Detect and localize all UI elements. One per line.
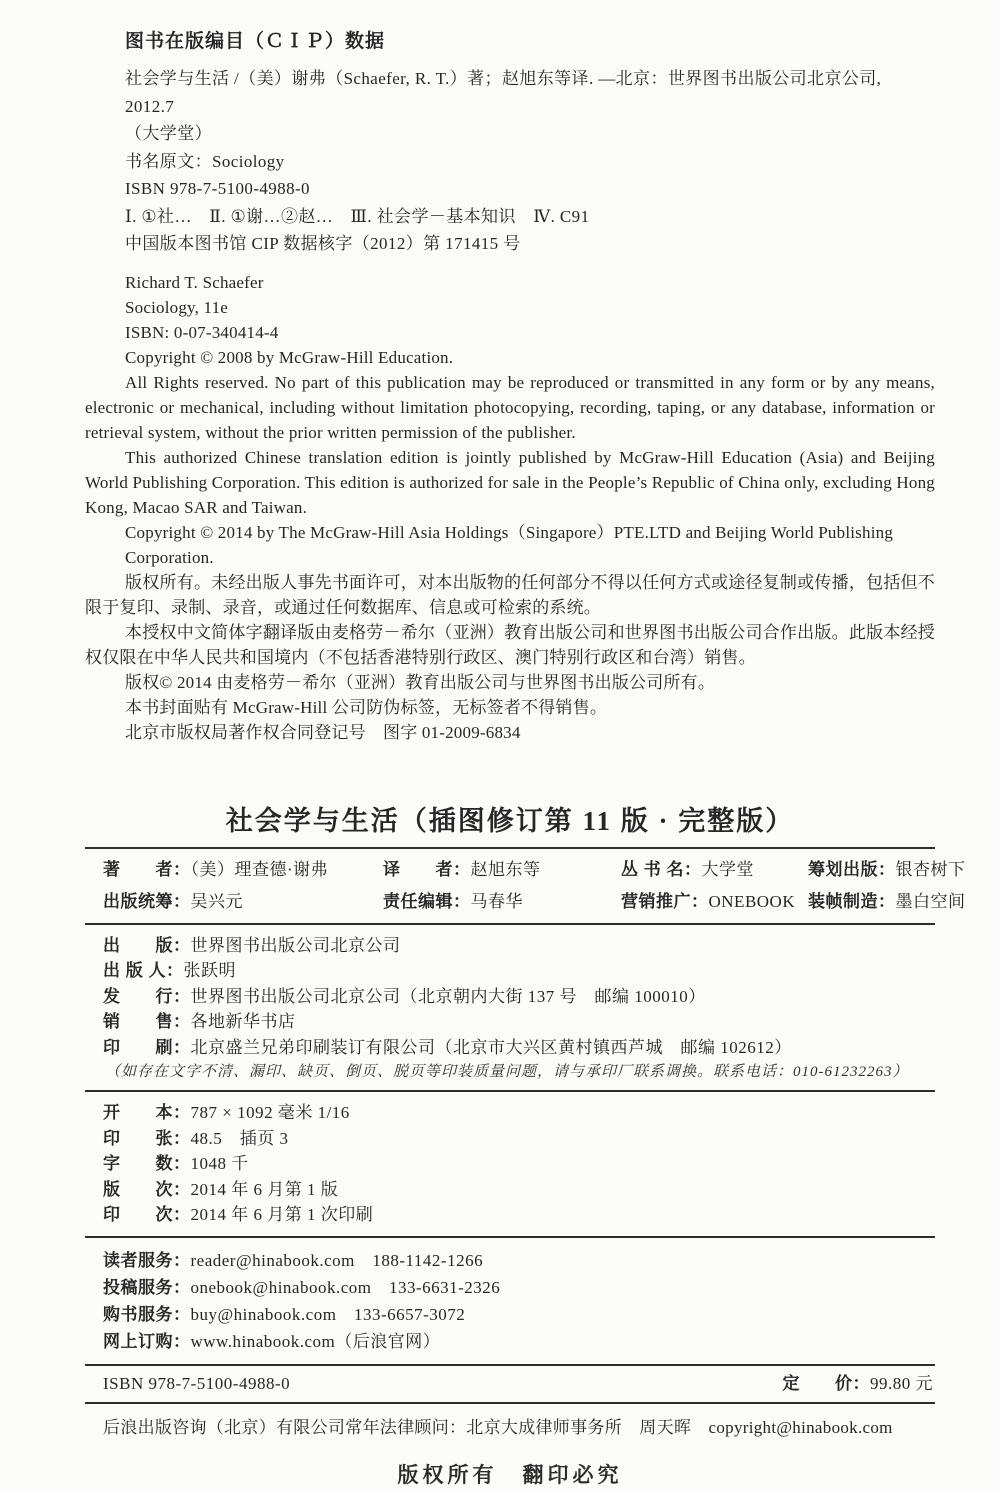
- cip-section: 图书在版编目（ＣＩＰ）数据 社会学与生活 /（美）谢弗（Schaefer, R.…: [125, 26, 935, 258]
- sales-row: 销 售：各地新华书店: [103, 1009, 935, 1035]
- cip-header: 图书在版编目（ＣＩＰ）数据: [125, 26, 935, 53]
- credit-planning: 筹划出版：银杏树下: [808, 856, 953, 884]
- online-order-label: 网上订购：: [103, 1332, 191, 1351]
- distribution-label: 发 行：: [103, 987, 191, 1006]
- printing-row: 印 刷：北京盛兰兄弟印刷装订有限公司（北京市大兴区黄村镇西芦城 邮编 10261…: [103, 1035, 935, 1061]
- cn-rights-paragraph: 版权所有。未经出版人事先书面许可，对本出版物的任何部分不得以任何方式或途径复制或…: [85, 570, 935, 620]
- credit-value: ONEBOOK: [709, 892, 796, 911]
- original-isbn-line: ISBN: 0-07-340414-4: [85, 320, 935, 345]
- publisher-person-label: 出 版 人：: [103, 961, 183, 980]
- divider: [85, 1402, 935, 1404]
- reader-service-label: 读者服务：: [103, 1251, 191, 1270]
- credit-author: 著 者：（美）理查德·谢弗: [103, 856, 383, 884]
- credit-label: 营销推广：: [621, 892, 709, 911]
- cip-line-bibliographic: 社会学与生活 /（美）谢弗（Schaefer, R. T.）著；赵旭东等译. —…: [125, 65, 935, 120]
- services-section: 读者服务：reader@hinabook.com 188-1142-1266 投…: [85, 1238, 935, 1364]
- isbn-text: ISBN 978-7-5100-4988-0: [103, 1372, 290, 1396]
- credit-design: 装帧制造：墨白空间: [808, 888, 953, 916]
- credit-value: 吴兴元: [191, 892, 244, 911]
- cip-line-series: （大学堂）: [125, 120, 935, 148]
- submission-service-label: 投稿服务：: [103, 1278, 191, 1297]
- publisher-person-value: 张跃明: [183, 961, 236, 980]
- price-label: 定 价：: [783, 1374, 871, 1393]
- credit-label: 著 者：: [103, 860, 191, 879]
- cn-copyright-line: 版权© 2014 由麦格劳－希尔（亚洲）教育出版公司与世界图书出版公司所有。: [85, 670, 935, 695]
- purchase-service-label: 购书服务：: [103, 1305, 191, 1324]
- cip-line-original-title: 书名原文：Sociology: [125, 148, 935, 176]
- spec-section: 开 本：787 × 1092 毫米 1/16 印 张：48.5 插页 3 字 数…: [85, 1092, 935, 1236]
- word-count-label: 字 数：: [103, 1154, 191, 1173]
- credit-label: 译 者：: [383, 860, 471, 879]
- cn-authorized-paragraph: 本授权中文简体字翻译版由麦格劳－希尔（亚洲）教育出版公司和世界图书出版公司合作出…: [85, 620, 935, 670]
- original-author-line: Richard T. Schaefer: [85, 270, 935, 295]
- publishing-section: 出 版：世界图书出版公司北京公司 出 版 人：张跃明 发 行：世界图书出版公司北…: [85, 925, 935, 1091]
- credit-translator: 译 者：赵旭东等: [383, 856, 621, 884]
- credit-value: （美）理查德·谢弗: [191, 860, 329, 879]
- format-row: 开 本：787 × 1092 毫米 1/16: [103, 1100, 935, 1126]
- format-label: 开 本：: [103, 1103, 191, 1122]
- edition-value: 2014 年 6 月第 1 版: [191, 1180, 339, 1199]
- book-title: 社会学与生活（插图修订第 11 版 · 完整版）: [85, 799, 935, 838]
- print-quality-note: （如存在文字不清、漏印、缺页、倒页、脱页等印装质量问题，请与承印厂联系调换。联系…: [103, 1060, 935, 1084]
- purchase-service-value: buy@hinabook.com 133-6657-3072: [191, 1305, 466, 1324]
- online-order-value: www.hinabook.com（后浪官网）: [191, 1332, 441, 1351]
- anti-piracy-notice: 版权所有 翻印必究: [85, 1459, 935, 1489]
- isbn-price-section: ISBN 978-7-5100-4988-0 定 价：99.80 元: [85, 1366, 935, 1402]
- distribution-value: 世界图书出版公司北京公司（北京朝内大街 137 号 邮编 100010）: [191, 987, 706, 1006]
- printing-value: 北京盛兰兄弟印刷装订有限公司（北京市大兴区黄村镇西芦城 邮编 102612）: [191, 1038, 792, 1057]
- reader-service-value: reader@hinabook.com 188-1142-1266: [191, 1251, 484, 1270]
- anti-counterfeit-line: 本书封面贴有 McGraw-Hill 公司防伪标签，无标签者不得销售。: [85, 695, 935, 720]
- publisher-row: 出 版：世界图书出版公司北京公司: [103, 933, 935, 959]
- credit-label: 筹划出版：: [808, 860, 896, 879]
- sheets-value: 48.5 插页 3: [191, 1129, 289, 1148]
- sales-label: 销 售：: [103, 1012, 191, 1031]
- publisher-label: 出 版：: [103, 936, 191, 955]
- copyright-2008-line: Copyright © 2008 by McGraw-Hill Educatio…: [85, 345, 935, 370]
- contract-registration-line: 北京市版权局著作权合同登记号 图字 01-2009-6834: [85, 720, 935, 745]
- impression-label: 印 次：: [103, 1205, 191, 1224]
- sales-value: 各地新华书店: [191, 1012, 296, 1031]
- impression-row: 印 次：2014 年 6 月第 1 次印刷: [103, 1202, 935, 1228]
- cip-line-isbn: ISBN 978-7-5100-4988-0: [125, 175, 935, 203]
- format-value: 787 × 1092 毫米 1/16: [191, 1103, 350, 1122]
- credit-editor: 责任编辑：马春华: [383, 888, 621, 916]
- reader-service-row: 读者服务：reader@hinabook.com 188-1142-1266: [103, 1247, 935, 1274]
- credit-value: 马春华: [471, 892, 524, 911]
- sheets-row: 印 张：48.5 插页 3: [103, 1126, 935, 1152]
- original-work-line: Sociology, 11e: [85, 295, 935, 320]
- cip-line-classification: Ⅰ. ①社… Ⅱ. ①谢…②赵… Ⅲ. 社会学－基本知识 Ⅳ. C91: [125, 203, 935, 231]
- impression-value: 2014 年 6 月第 1 次印刷: [191, 1205, 374, 1224]
- submission-service-row: 投稿服务：onebook@hinabook.com 133-6631-2326: [103, 1274, 935, 1301]
- credit-series: 丛 书 名：大学堂: [621, 856, 808, 884]
- purchase-service-row: 购书服务：buy@hinabook.com 133-6657-3072: [103, 1301, 935, 1328]
- sheets-label: 印 张：: [103, 1129, 191, 1148]
- price-value: 99.80 元: [870, 1374, 933, 1393]
- edition-row: 版 次：2014 年 6 月第 1 版: [103, 1177, 935, 1203]
- all-rights-paragraph: All Rights reserved. No part of this pub…: [85, 370, 935, 445]
- credit-label: 丛 书 名：: [621, 860, 701, 879]
- credit-label: 出版统筹：: [103, 892, 191, 911]
- publisher-value: 世界图书出版公司北京公司: [191, 936, 401, 955]
- submission-service-value: onebook@hinabook.com 133-6631-2326: [191, 1278, 501, 1297]
- copyright-2014-line: Copyright © 2014 by The McGraw-Hill Asia…: [85, 520, 935, 570]
- credit-value: 墨白空间: [896, 892, 966, 911]
- credit-label: 装帧制造：: [808, 892, 896, 911]
- word-count-row: 字 数：1048 千: [103, 1151, 935, 1177]
- authorized-edition-paragraph: This authorized Chinese translation edit…: [85, 445, 935, 520]
- distribution-row: 发 行：世界图书出版公司北京公司（北京朝内大街 137 号 邮编 100010）: [103, 984, 935, 1010]
- price-group: 定 价：99.80 元: [783, 1372, 934, 1396]
- printing-label: 印 刷：: [103, 1038, 191, 1057]
- publisher-person-row: 出 版 人：张跃明: [103, 958, 935, 984]
- credit-label: 责任编辑：: [383, 892, 471, 911]
- rights-section: Richard T. Schaefer Sociology, 11e ISBN:…: [85, 270, 935, 745]
- edition-label: 版 次：: [103, 1180, 191, 1199]
- credits-section: 著 者：（美）理查德·谢弗 译 者：赵旭东等 丛 书 名：大学堂 筹划出版：银杏…: [85, 849, 935, 923]
- online-order-row: 网上订购：www.hinabook.com（后浪官网）: [103, 1328, 935, 1355]
- credit-value: 赵旭东等: [471, 860, 541, 879]
- cip-line-registration: 中国版本图书馆 CIP 数据核字（2012）第 171415 号: [125, 230, 935, 258]
- credit-value: 大学堂: [701, 860, 754, 879]
- credit-marketing: 营销推广：ONEBOOK: [621, 888, 808, 916]
- credit-publishing-coordinator: 出版统筹：吴兴元: [103, 888, 383, 916]
- credit-value: 银杏树下: [896, 860, 966, 879]
- word-count-value: 1048 千: [191, 1154, 249, 1173]
- legal-counsel-line: 后浪出版咨询（北京）有限公司常年法律顾问：北京大成律师事务所 周天晖 copyr…: [85, 1416, 935, 1439]
- colophon-page: 图书在版编目（ＣＩＰ）数据 社会学与生活 /（美）谢弗（Schaefer, R.…: [0, 0, 1000, 1489]
